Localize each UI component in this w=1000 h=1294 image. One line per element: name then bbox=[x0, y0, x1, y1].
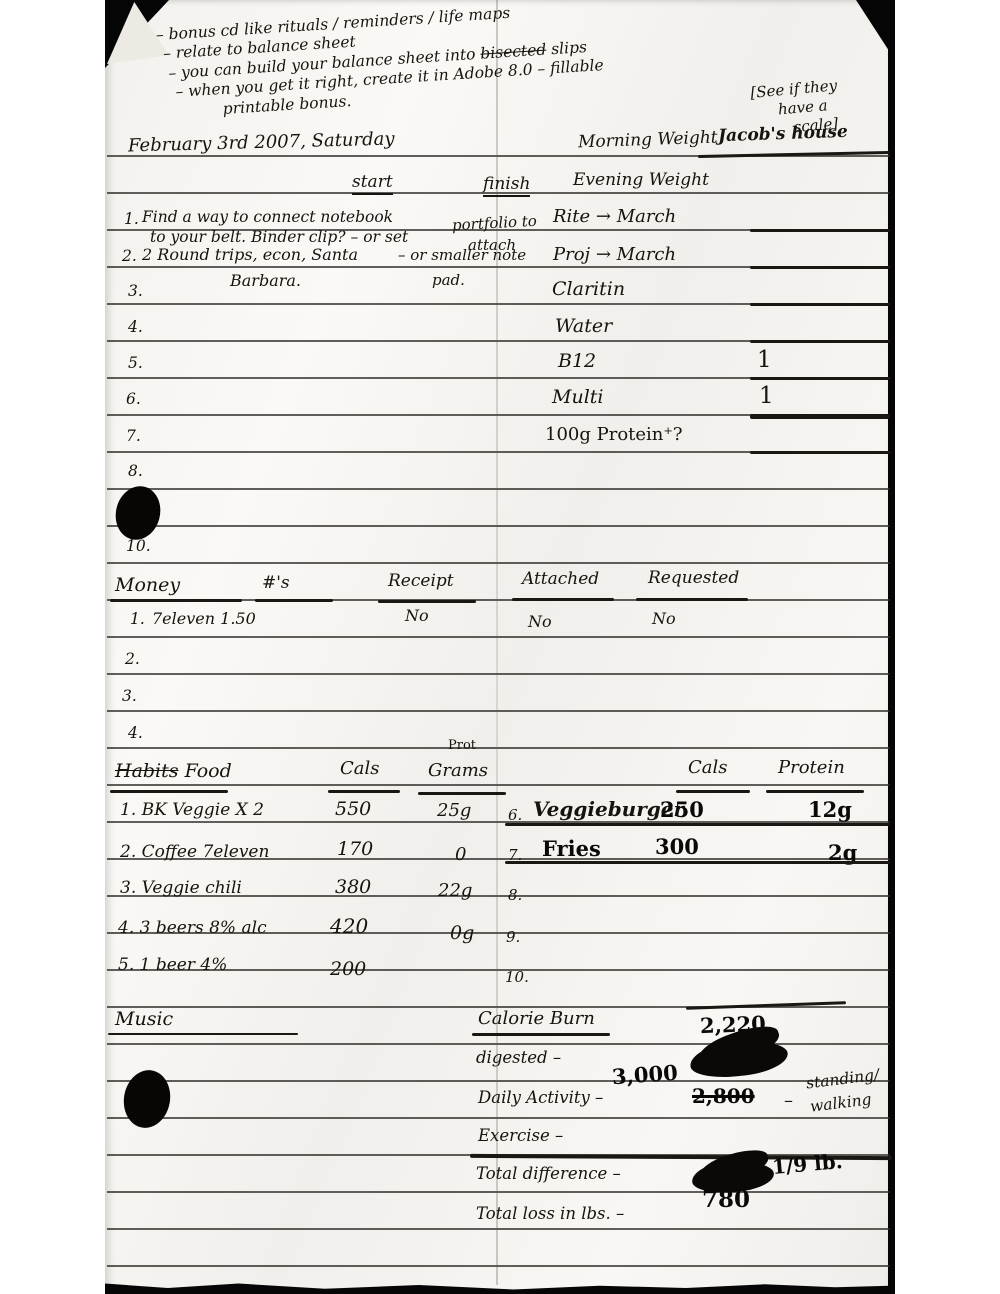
food-row-5: 5. 1 beer 4% bbox=[118, 955, 227, 976]
evening-weight-label: Evening Weight bbox=[573, 170, 709, 191]
food-row-8-number: 8. bbox=[508, 886, 522, 905]
money-row-1-item: 7eleven 1.50 bbox=[152, 609, 256, 629]
daily-activity-struck-value: 2,800 bbox=[692, 1084, 755, 1109]
food-row-2-cals: 170 bbox=[337, 838, 373, 862]
scanned-note-page: – bonus cd like rituals / reminders / li… bbox=[0, 0, 1000, 1294]
money-row-4-number: 4. bbox=[128, 724, 143, 743]
todo-item-2-text-2: Barbara. bbox=[230, 271, 301, 291]
food-row-3-protein: 22g bbox=[438, 880, 472, 903]
hand-rule bbox=[512, 598, 614, 601]
food-row-7-cals: 300 bbox=[655, 834, 699, 860]
food-title: Habits Food bbox=[115, 760, 232, 784]
food-row-10-number: 10. bbox=[505, 968, 529, 987]
money-row-1-attached: No bbox=[528, 612, 552, 632]
todo-item-10-number: 10. bbox=[126, 537, 151, 556]
hand-rule bbox=[255, 599, 333, 602]
hand-rule bbox=[766, 790, 864, 793]
hand-rule bbox=[472, 1033, 610, 1036]
digested-label: digested – bbox=[476, 1048, 561, 1069]
top-note-line-3-struck: bisected bbox=[480, 40, 547, 62]
hand-rule bbox=[110, 790, 228, 793]
money-title: Money bbox=[115, 574, 180, 598]
music-label: Music bbox=[115, 1008, 173, 1032]
hand-rule bbox=[110, 599, 242, 602]
hand-rule bbox=[750, 303, 890, 306]
todo-item-3-right: Claritin bbox=[552, 278, 625, 302]
food-row-1-cals: 550 bbox=[335, 798, 371, 822]
food-row-1-item: BK Veggie X 2 bbox=[142, 800, 264, 820]
food-col-cals: Cals bbox=[340, 758, 380, 781]
hand-rule bbox=[108, 1033, 298, 1035]
todo-item-5-number: 5. bbox=[128, 354, 143, 373]
money-col-attached: Attached bbox=[522, 569, 599, 590]
todo-item-2-text: 2 Round trips, econ, Santa bbox=[142, 245, 358, 265]
food-row-1: 1. BK Veggie X 2 bbox=[120, 800, 264, 821]
food-row-3: 3. Veggie chili bbox=[120, 878, 242, 899]
hand-rule bbox=[418, 792, 506, 795]
start-label: start bbox=[352, 172, 393, 195]
money-col-numbers: #'s bbox=[262, 573, 290, 594]
food-row-5-item: 1 beer 4% bbox=[140, 955, 228, 975]
money-col-receipt: Receipt bbox=[388, 571, 454, 592]
todo-item-8-number: 8. bbox=[128, 462, 143, 481]
food-row-4-number: 4. bbox=[118, 918, 134, 938]
todo-item-7-right: 100g Protein⁺? bbox=[545, 424, 683, 447]
money-row-3-number: 3. bbox=[122, 687, 137, 706]
money-row-1-number: 1. bbox=[130, 610, 145, 629]
food-struck-title: Habits bbox=[115, 760, 179, 782]
money-row-1-receipt: No bbox=[405, 606, 429, 626]
hand-rule bbox=[750, 340, 890, 343]
food-row-3-item: Veggie chili bbox=[142, 878, 242, 898]
food-row-2-protein: 0 bbox=[455, 844, 466, 867]
food-row-7-item: Fries bbox=[542, 836, 601, 862]
calorie-burn-label: Calorie Burn bbox=[478, 1008, 595, 1031]
todo-item-6-number: 6. bbox=[126, 390, 141, 409]
food-title-label: Food bbox=[185, 760, 232, 782]
page-edge-right bbox=[888, 0, 895, 1294]
morning-weight-value: Jacob's house bbox=[718, 122, 848, 148]
hand-rule bbox=[750, 377, 890, 380]
food-row-6-protein: 12g bbox=[808, 797, 852, 823]
food-col-prot-bottom: Grams bbox=[428, 760, 488, 783]
digested-revised-value: 3,000 bbox=[611, 1060, 678, 1091]
hand-rule bbox=[750, 414, 890, 419]
hand-rule bbox=[750, 229, 890, 232]
hand-rule bbox=[505, 823, 890, 826]
food-row-1-protein: 25g bbox=[437, 800, 471, 823]
daily-activity-dash: – bbox=[784, 1090, 793, 1113]
todo-item-2-mid: – or smaller note bbox=[398, 246, 526, 265]
todo-item-2-mid-2: pad. bbox=[432, 271, 465, 290]
top-note-line-3-post: slips bbox=[551, 38, 588, 58]
todo-item-3-number: 3. bbox=[128, 282, 143, 301]
todo-item-4-number: 4. bbox=[128, 318, 143, 337]
food-row-6-cals: 250 bbox=[660, 797, 704, 823]
hand-rule bbox=[505, 861, 890, 864]
food-row-5-number: 5. bbox=[118, 955, 134, 975]
hand-rule bbox=[750, 266, 890, 269]
money-col-requested: Requested bbox=[648, 568, 739, 589]
food-row-2-item: Coffee 7eleven bbox=[142, 842, 270, 862]
food-row-2-number: 2. bbox=[120, 842, 136, 862]
food-col-prot-top: Prot bbox=[448, 738, 476, 754]
hand-rule bbox=[750, 451, 890, 454]
hand-rule bbox=[378, 600, 476, 603]
food-row-3-cals: 380 bbox=[335, 876, 371, 900]
hand-rule bbox=[636, 598, 748, 601]
hand-rule bbox=[676, 790, 750, 793]
exercise-label: Exercise – bbox=[478, 1126, 563, 1147]
food-row-4-item: 3 beers 8% alc bbox=[140, 918, 267, 938]
todo-item-1-right: Rite → March bbox=[553, 206, 676, 229]
todo-item-4-right: Water bbox=[555, 315, 612, 339]
food-row-4: 4. 3 beers 8% alc bbox=[118, 918, 267, 939]
todo-item-7-number: 7. bbox=[126, 427, 141, 446]
total-difference-label: Total difference – bbox=[476, 1164, 621, 1185]
food-row-2: 2. Coffee 7eleven bbox=[120, 842, 269, 863]
food-row-4-protein: 0g bbox=[450, 922, 474, 946]
finish-label: finish bbox=[483, 174, 530, 197]
food-right-col-cals: Cals bbox=[688, 757, 728, 780]
hand-rule bbox=[328, 790, 400, 793]
todo-item-1-text: Find a way to connect notebook bbox=[142, 208, 393, 227]
food-row-5-cals: 200 bbox=[330, 958, 366, 982]
todo-item-6-right: Multi bbox=[552, 386, 603, 410]
todo-item-2-right: Proj → March bbox=[553, 244, 676, 267]
food-row-6-number: 6. bbox=[508, 806, 522, 825]
money-row-1-requested: No bbox=[652, 609, 676, 629]
todo-item-6-tick: 1 bbox=[759, 382, 774, 411]
total-loss-label: Total loss in lbs. – bbox=[476, 1204, 624, 1225]
food-row-1-number: 1. bbox=[120, 800, 136, 820]
daily-activity-label: Daily Activity – bbox=[478, 1088, 603, 1109]
food-right-col-protein: Protein bbox=[778, 757, 845, 780]
todo-item-5-right: B12 bbox=[558, 350, 596, 374]
todo-item-2-number: 2. bbox=[122, 247, 137, 266]
food-row-9-number: 9. bbox=[506, 928, 520, 947]
total-difference-value: 780 bbox=[702, 1186, 750, 1215]
todo-item-5-tick: 1 bbox=[757, 346, 772, 375]
money-row-2-number: 2. bbox=[125, 650, 140, 669]
food-row-3-number: 3. bbox=[120, 878, 136, 898]
food-row-4-cals: 420 bbox=[330, 914, 368, 939]
todo-item-1-number: 1. bbox=[124, 210, 139, 229]
